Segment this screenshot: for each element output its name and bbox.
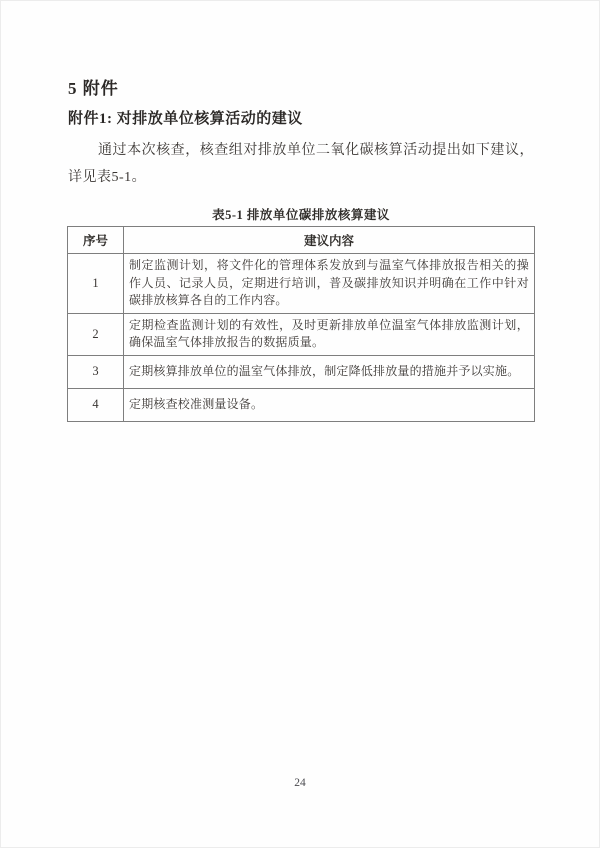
attachment-heading: 附件1: 对排放单位核算活动的建议 (68, 107, 303, 128)
table-header-row: 序号 建议内容 (68, 227, 535, 254)
row-serial-number: 4 (68, 388, 124, 421)
row-serial-number: 2 (68, 313, 124, 355)
intro-paragraph: 通过本次核查，核查组对排放单位二氧化碳核算活动提出如下建议，详见表5-1。 (68, 138, 534, 191)
document-page: 5 附件 附件1: 对排放单位核算活动的建议 通过本次核查，核查组对排放单位二氧… (0, 0, 600, 848)
row-recommendation-content: 制定监测计划，将文件化的管理体系发放到与温室气体排放报告相关的操作人员、记录人员… (124, 254, 535, 314)
table-row: 2 定期检查监测计划的有效性，及时更新排放单位温室气体排放监测计划，确保温室气体… (68, 313, 535, 355)
row-serial-number: 1 (68, 254, 124, 314)
column-header-recommendation-content: 建议内容 (124, 227, 535, 254)
page-number: 24 (0, 777, 600, 789)
row-recommendation-content: 定期核算排放单位的温室气体排放，制定降低排放量的措施并予以实施。 (124, 355, 535, 388)
row-recommendation-content: 定期检查监测计划的有效性，及时更新排放单位温室气体排放监测计划，确保温室气体排放… (124, 313, 535, 355)
row-recommendation-content: 定期核查校准测量设备。 (124, 388, 535, 421)
table-row: 1 制定监测计划，将文件化的管理体系发放到与温室气体排放报告相关的操作人员、记录… (68, 254, 535, 314)
recommendations-table: 序号 建议内容 1 制定监测计划，将文件化的管理体系发放到与温室气体排放报告相关… (67, 226, 535, 422)
table-row: 3 定期核算排放单位的温室气体排放，制定降低排放量的措施并予以实施。 (68, 355, 535, 388)
table-row: 4 定期核查校准测量设备。 (68, 388, 535, 421)
row-serial-number: 3 (68, 355, 124, 388)
table-caption: 表5-1 排放单位碳排放核算建议 (67, 205, 535, 223)
section-heading: 5 附件 (68, 74, 119, 99)
column-header-serial-number: 序号 (68, 227, 124, 254)
